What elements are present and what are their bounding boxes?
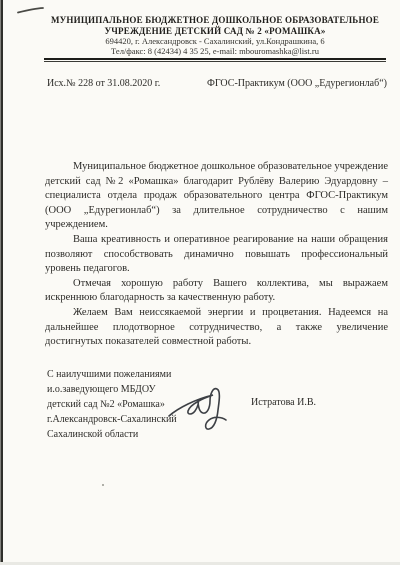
org-name-line1: МУНИЦИПАЛЬНОЕ БЮДЖЕТНОЕ ДОШКОЛЬНОЕ ОБРАЗ… <box>40 15 390 26</box>
scan-edge-shadow <box>0 0 4 565</box>
org-address: 694420, г. Александровск - Сахалинский, … <box>40 36 390 46</box>
letter-body: Муниципальное бюджетное дошкольное образ… <box>45 160 388 350</box>
outgoing-number: Исх.№ 228 от 31.08.2020 г. <box>47 78 160 89</box>
recipient: ФГОС-Практикум (ООО „Едурегионлаб“) <box>207 78 387 89</box>
pen-mark-icon <box>16 5 46 15</box>
letterhead-rule-thick <box>44 58 386 60</box>
scanned-letter-page: МУНИЦИПАЛЬНОЕ БЮДЖЕТНОЕ ДОШКОЛЬНОЕ ОБРАЗ… <box>0 0 400 565</box>
letterhead: МУНИЦИПАЛЬНОЕ БЮДЖЕТНОЕ ДОШКОЛЬНОЕ ОБРАЗ… <box>40 15 390 56</box>
paragraph: Ваша креативность и оперативное реагиров… <box>45 233 388 277</box>
paragraph: Желаем Вам неиссякаемой энергии и процве… <box>45 306 388 350</box>
org-name-line2: УЧРЕЖДЕНИЕ ДЕТСКИЙ САД № 2 «РОМАШКА» <box>40 26 390 37</box>
letterhead-rule-thin <box>44 61 386 62</box>
signer-name: Истратова И.В. <box>251 397 316 408</box>
handwritten-signature <box>166 384 244 434</box>
org-contacts: Тел/факс: 8 (42434) 4 35 25, e-mail: mbo… <box>40 46 390 56</box>
scan-speck <box>102 484 104 486</box>
paragraph: Муниципальное бюджетное дошкольное образ… <box>45 160 388 233</box>
closing-line: С наилучшими пожеланиями <box>47 367 237 382</box>
paragraph: Отмечая хорошую работу Вашего коллектива… <box>45 277 388 306</box>
